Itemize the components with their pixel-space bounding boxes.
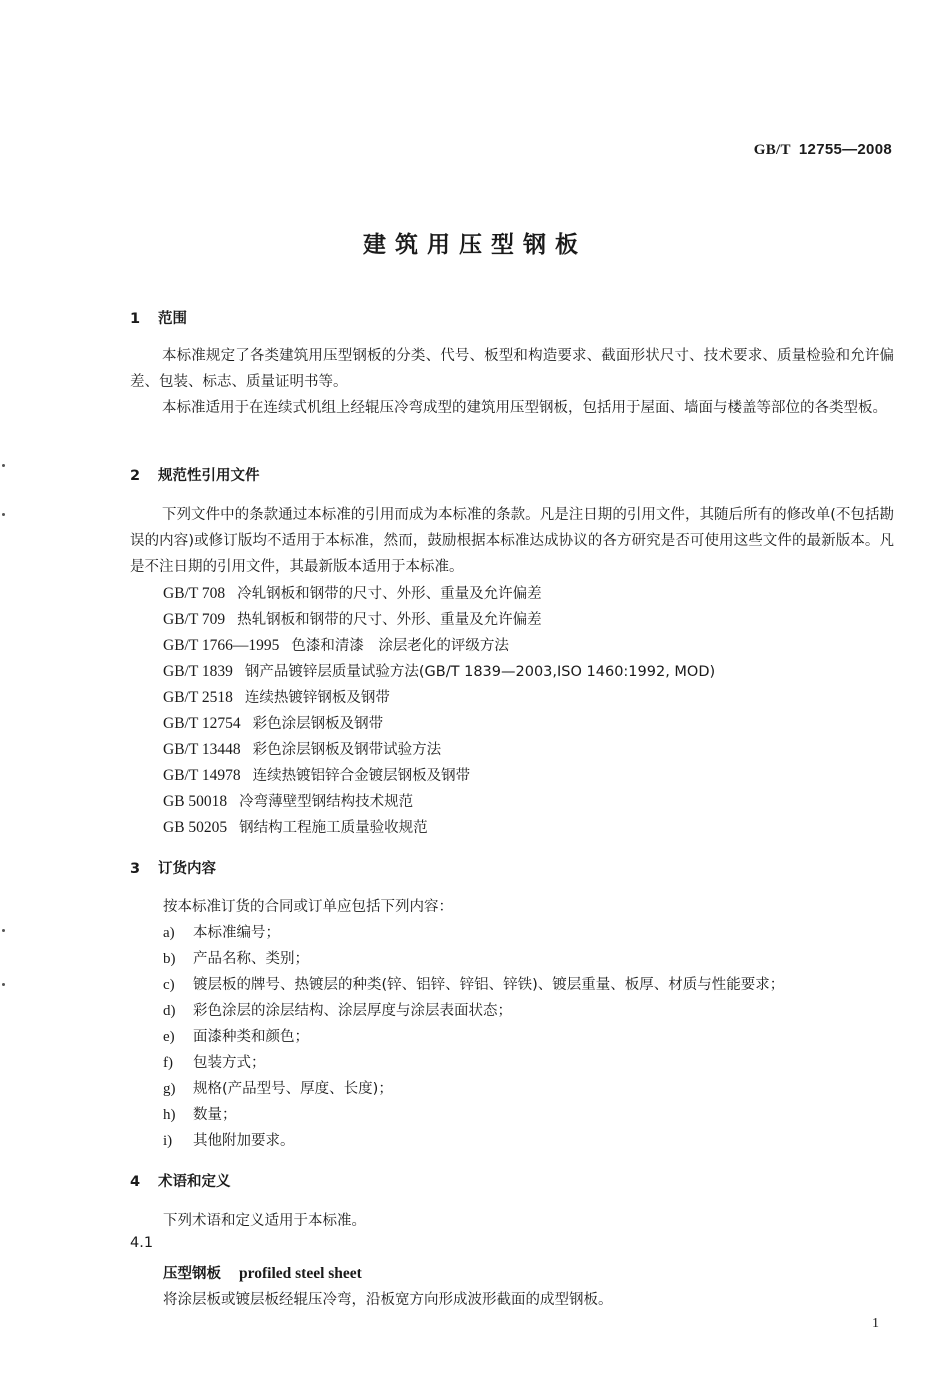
reference-item: GB/T 709热轧钢板和钢带的尺寸、外形、重量及允许偏差 <box>163 608 542 629</box>
order-item: e)面漆种类和颜色； <box>163 1025 309 1046</box>
reference-item: GB/T 1839钢产品镀锌层质量试验方法(GB/T 1839—2003,ISO… <box>163 660 715 681</box>
order-item: b)产品名称、类别； <box>163 947 309 968</box>
reference-item: GB 50018冷弯薄壁型钢结构技术规范 <box>163 790 413 811</box>
page-number: 1 <box>872 1316 879 1332</box>
section-4-heading: 4术语和定义 <box>130 1170 231 1191</box>
reference-item: GB/T 1766—1995色漆和清漆 涂层老化的评级方法 <box>163 634 509 655</box>
order-item: g)规格(产品型号、厚度、长度)； <box>163 1077 393 1098</box>
margin-mark <box>2 513 5 516</box>
section-2-heading: 2规范性引用文件 <box>130 464 260 485</box>
reference-item: GB/T 14978连续热镀铝锌合金镀层钢板及钢带 <box>163 764 470 785</box>
section-1-paragraph-2: 本标准适用于在连续式机组上经辊压冷弯成型的建筑用压型钢板，包括用于屋面、墙面与楼… <box>130 395 894 421</box>
section-3-intro: 按本标准订货的合同或订单应包括下列内容： <box>163 895 453 916</box>
standard-number: 12755—2008 <box>799 141 892 158</box>
section-3-heading: 3订货内容 <box>130 857 216 878</box>
reference-item: GB/T 13448彩色涂层钢板及钢带试验方法 <box>163 738 441 759</box>
reference-item: GB/T 2518连续热镀锌钢板及钢带 <box>163 686 390 707</box>
term-chinese: 压型钢板 <box>163 1266 221 1282</box>
order-item: d)彩色涂层的涂层结构、涂层厚度与涂层表面状态； <box>163 999 512 1020</box>
margin-mark <box>2 983 5 986</box>
order-item: f)包装方式； <box>163 1051 266 1072</box>
order-item: a)本标准编号； <box>163 921 280 942</box>
reference-item: GB/T 12754彩色涂层钢板及钢带 <box>163 712 383 733</box>
margin-mark <box>2 929 5 932</box>
order-item: h)数量； <box>163 1103 237 1124</box>
reference-item: GB/T 708冷轧钢板和钢带的尺寸、外形、重量及允许偏差 <box>163 582 542 603</box>
standard-prefix: GB/T <box>754 142 791 158</box>
section-1-paragraph-1: 本标准规定了各类建筑用压型钢板的分类、代号、板型和构造要求、截面形状尺寸、技术要… <box>130 343 894 395</box>
section-1-heading: 1范围 <box>130 307 187 328</box>
term-english: profiled steel sheet <box>239 1265 362 1282</box>
order-item: c)镀层板的牌号、热镀层的种类(锌、铝锌、锌铝、锌铁)、镀层重量、板厚、材质与性… <box>163 973 784 994</box>
order-item: i)其他附加要求。 <box>163 1129 295 1150</box>
term-heading: 压型钢板profiled steel sheet <box>163 1262 362 1283</box>
standard-code: GB/T 12755—2008 <box>754 141 892 159</box>
term-number: 4.1 <box>130 1235 153 1251</box>
document-page: GB/T 12755—2008 建筑用压型钢板 1范围 本标准规定了各类建筑用压… <box>0 0 950 1390</box>
document-title: 建筑用压型钢板 <box>0 226 950 259</box>
term-definition: 将涂层板或镀层板经辊压冷弯，沿板宽方向形成波形截面的成型钢板。 <box>163 1288 613 1309</box>
section-2-paragraph: 下列文件中的条款通过本标准的引用而成为本标准的条款。凡是注日期的引用文件，其随后… <box>130 502 894 580</box>
reference-item: GB 50205钢结构工程施工质量验收规范 <box>163 816 428 837</box>
section-4-intro: 下列术语和定义适用于本标准。 <box>163 1209 366 1230</box>
margin-mark <box>2 464 5 467</box>
